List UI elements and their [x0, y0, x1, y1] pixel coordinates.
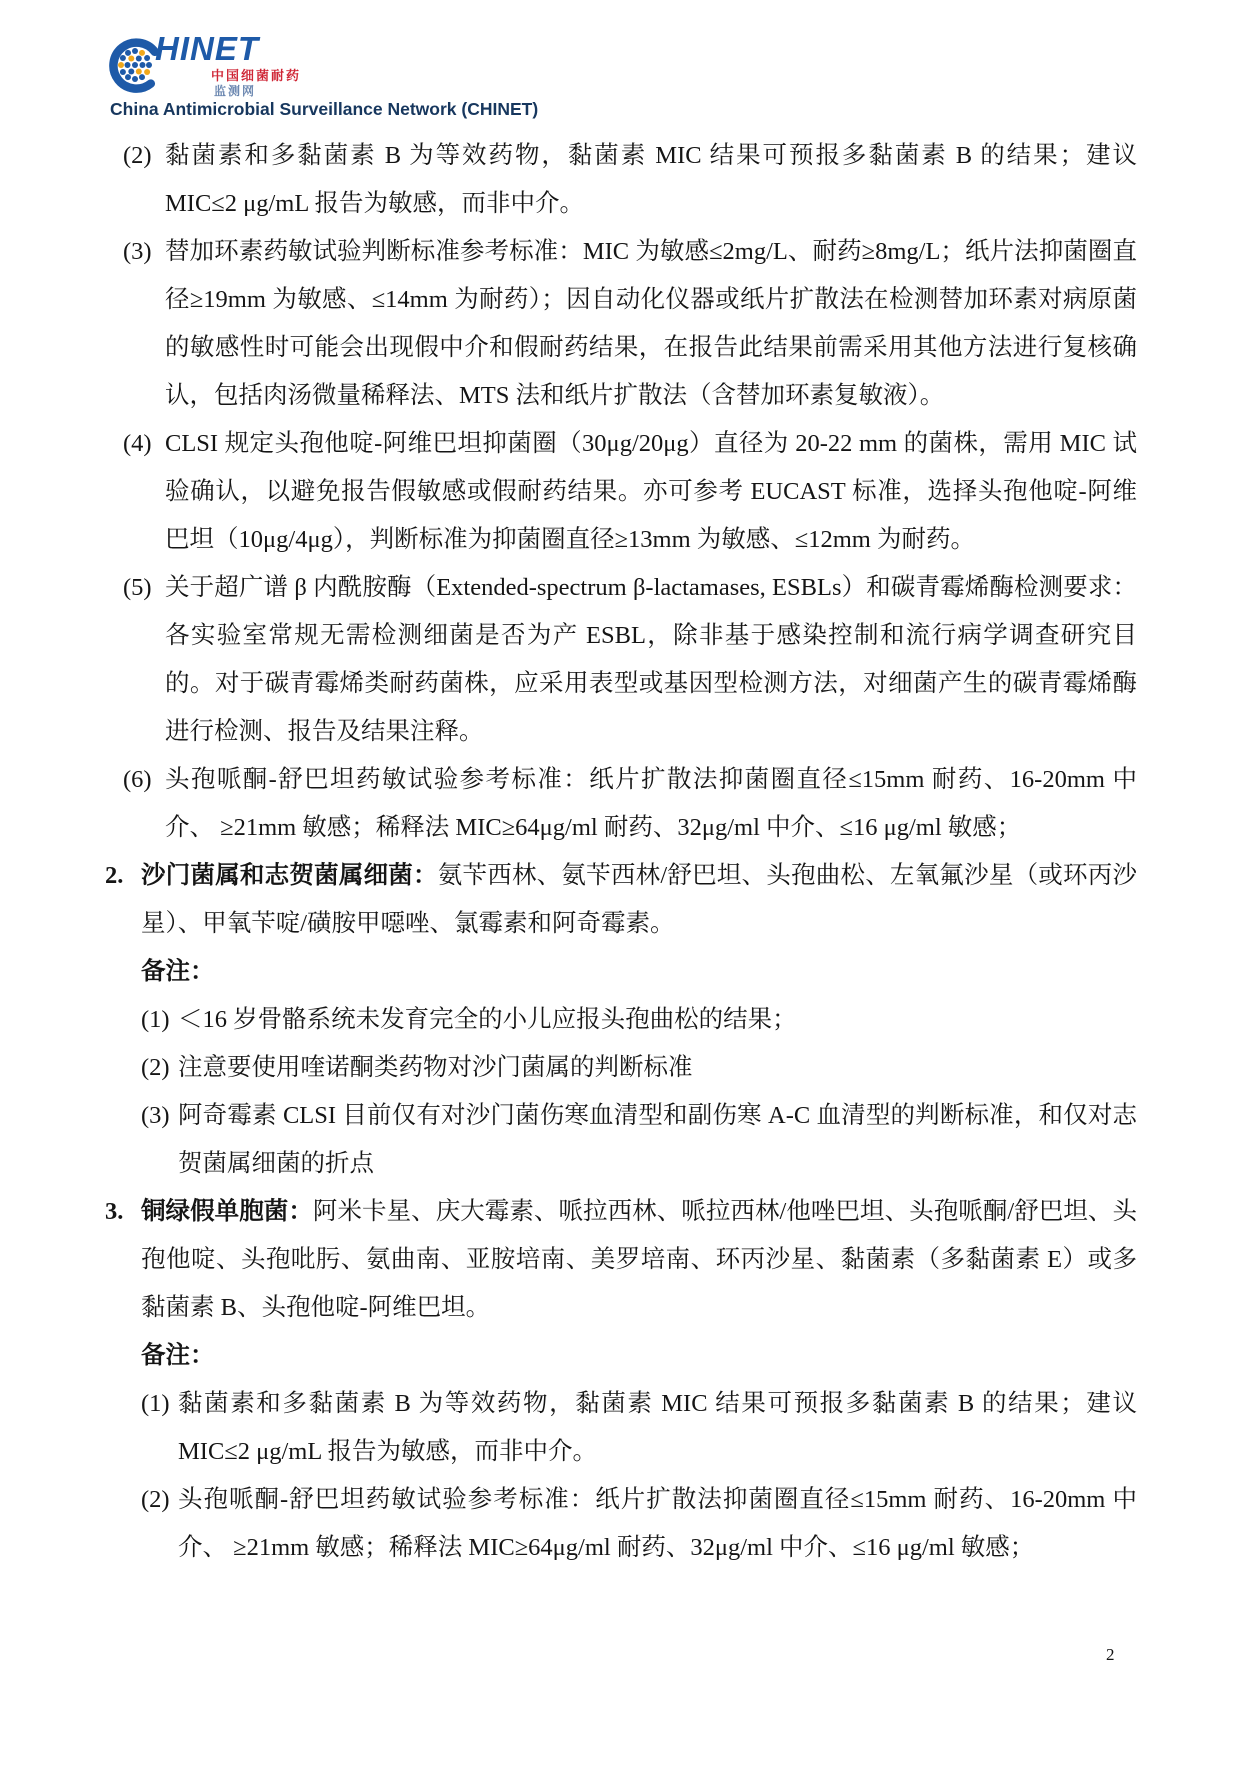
list-item-text: 黏菌素和多黏菌素 B 为等效药物，黏菌素 MIC 结果可预报多黏菌素 B 的结果… — [165, 142, 1137, 217]
section-title: 沙门菌属和志贺菌属细菌： — [141, 862, 438, 889]
section-number: 3. — [105, 1188, 123, 1236]
subnote-number: (2) — [141, 1476, 170, 1524]
subnote-1: (1)黏菌素和多黏菌素 B 为等效药物，黏菌素 MIC 结果可预报多黏菌素 B … — [105, 1380, 1137, 1476]
list-item-text: 替加环素药敏试验判断标准参考标准：MIC 为敏感≤2mg/L、耐药≥8mg/L；… — [165, 238, 1137, 409]
list-item-number: (6) — [123, 756, 152, 804]
list-item-number: (3) — [123, 228, 152, 276]
subnote-number: (1) — [141, 1380, 170, 1428]
logo-subtitle-cn-2: 监测网 — [214, 82, 256, 99]
page-number: 2 — [1106, 1645, 1115, 1665]
list-item-text: 头孢哌酮-舒巴坦药敏试验参考标准：纸片扩散法抑菌圈直径≤15mm 耐药、16-2… — [165, 766, 1137, 841]
document-page: HINET 中国细菌耐药 监测网 China Antimicrobial Sur… — [0, 0, 1241, 1778]
subnote-1: (1)＜16 岁骨骼系统未发育完全的小儿应报头孢曲松的结果； — [105, 996, 1137, 1044]
list-item-3: (3)替加环素药敏试验判断标准参考标准：MIC 为敏感≤2mg/L、耐药≥8mg… — [105, 228, 1137, 420]
subnote-number: (1) — [141, 996, 170, 1044]
list-item-number: (2) — [123, 132, 152, 180]
remark-label: 备注： — [105, 1332, 1137, 1380]
subnote-2: (2)注意要使用喹诺酮类药物对沙门菌属的判断标准 — [105, 1044, 1137, 1092]
list-item-number: (4) — [123, 420, 152, 468]
chinet-logo: HINET 中国细菌耐药 监测网 — [108, 34, 408, 98]
list-item-2: (2)黏菌素和多黏菌素 B 为等效药物，黏菌素 MIC 结果可预报多黏菌素 B … — [105, 132, 1137, 228]
list-item-5: (5)关于超广谱 β 内酰胺酶（Extended-spectrum β-lact… — [105, 564, 1137, 756]
subnote-2: (2)头孢哌酮-舒巴坦药敏试验参考标准：纸片扩散法抑菌圈直径≤15mm 耐药、1… — [105, 1476, 1137, 1572]
section-2-salmonella-shigella: 2.沙门菌属和志贺菌属细菌：氨苄西林、氨苄西林/舒巴坦、头孢曲松、左氧氟沙星（或… — [105, 852, 1137, 948]
list-item-6: (6)头孢哌酮-舒巴坦药敏试验参考标准：纸片扩散法抑菌圈直径≤15mm 耐药、1… — [105, 756, 1137, 852]
document-body: (2)黏菌素和多黏菌素 B 为等效药物，黏菌素 MIC 结果可预报多黏菌素 B … — [105, 132, 1137, 1572]
section-3-pseudomonas: 3.铜绿假单胞菌：阿米卡星、庆大霉素、哌拉西林、哌拉西林/他唑巴坦、头孢哌酮/舒… — [105, 1188, 1137, 1332]
list-item-number: (5) — [123, 564, 152, 612]
logo-brand-text: HINET — [155, 30, 259, 68]
list-item-4: (4)CLSI 规定头孢他啶-阿维巴坦抑菌圈（30μg/20μg）直径为 20-… — [105, 420, 1137, 564]
subnote-number: (2) — [141, 1044, 170, 1092]
subnote-text: ＜16 岁骨骼系统未发育完全的小儿应报头孢曲松的结果； — [178, 1006, 797, 1033]
subnote-text: 注意要使用喹诺酮类药物对沙门菌属的判断标准 — [178, 1054, 693, 1081]
org-name-heading: China Antimicrobial Surveillance Network… — [110, 99, 538, 120]
subnote-text: 头孢哌酮-舒巴坦药敏试验参考标准：纸片扩散法抑菌圈直径≤15mm 耐药、16-2… — [178, 1486, 1137, 1561]
list-item-text: 关于超广谱 β 内酰胺酶（Extended-spectrum β-lactama… — [165, 574, 1137, 745]
section-number: 2. — [105, 852, 123, 900]
remark-label: 备注： — [105, 948, 1137, 996]
subnote-text: 黏菌素和多黏菌素 B 为等效药物，黏菌素 MIC 结果可预报多黏菌素 B 的结果… — [178, 1390, 1137, 1465]
section-title: 铜绿假单胞菌： — [141, 1198, 313, 1225]
subnote-3: (3)阿奇霉素 CLSI 目前仅有对沙门菌伤寒血清型和副伤寒 A-C 血清型的判… — [105, 1092, 1137, 1188]
subnote-number: (3) — [141, 1092, 170, 1140]
list-item-text: CLSI 规定头孢他啶-阿维巴坦抑菌圈（30μg/20μg）直径为 20-22 … — [165, 430, 1137, 553]
subnote-text: 阿奇霉素 CLSI 目前仅有对沙门菌伤寒血清型和副伤寒 A-C 血清型的判断标准… — [178, 1102, 1137, 1177]
